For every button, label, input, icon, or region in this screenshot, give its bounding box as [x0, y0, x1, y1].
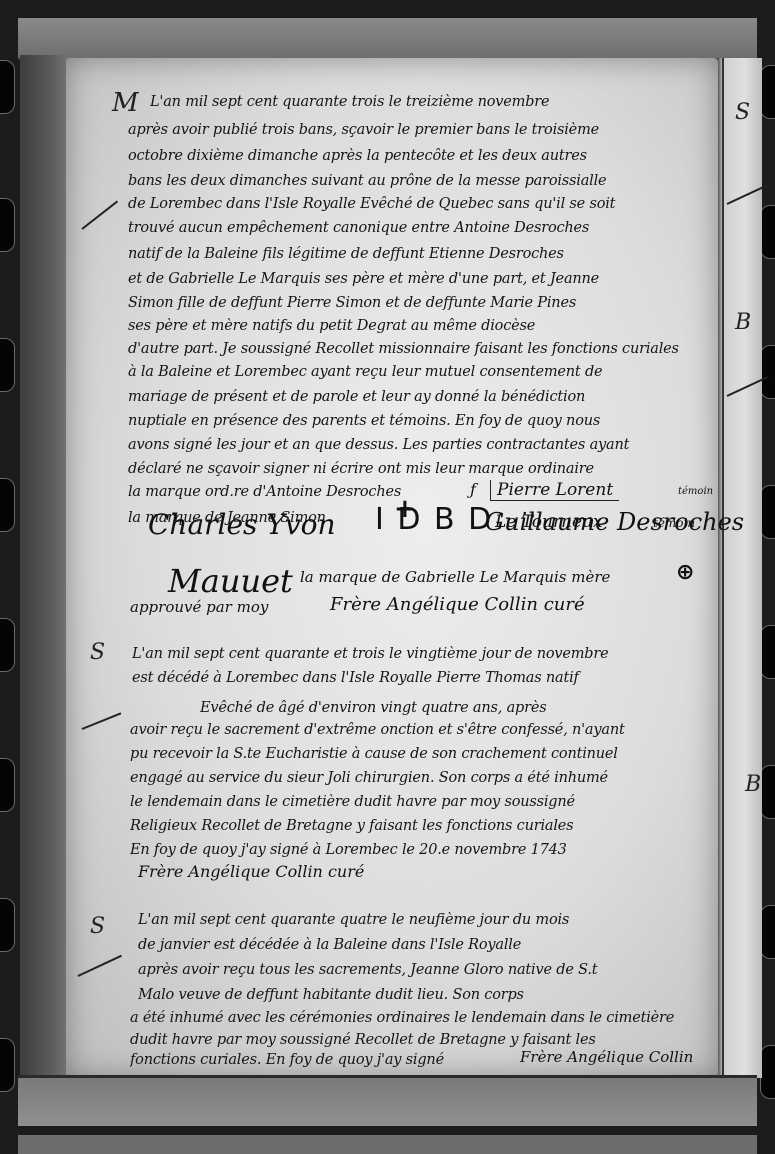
margin-mark-marriage: M: [112, 88, 139, 118]
facing-margin-mark: B: [735, 310, 751, 335]
facing-page-edge: [718, 58, 762, 1078]
text-line: après avoir publié trois bans, sçavoir l…: [128, 122, 713, 138]
sprocket-hole: [0, 758, 15, 812]
priest-signature: Frère Angélique Collin curé: [138, 862, 364, 881]
sprocket-hole: [0, 478, 15, 532]
text-line: à la Baleine et Lorembec ayant reçu leur…: [128, 364, 713, 380]
text-line: octobre dixième dimanche après la pentec…: [128, 148, 713, 164]
next-frame-strip: [18, 1135, 757, 1154]
frame-bottom-edge: [18, 1075, 757, 1126]
text-line: avons signé les jour et an que dessus. L…: [128, 437, 713, 453]
cross-mark-icon: ⊕: [676, 560, 694, 585]
text-line: L'an mil sept cent quarante et trois le …: [132, 646, 717, 662]
signature-witness: Mauuet: [168, 562, 293, 600]
sprocket-hole: [760, 205, 775, 259]
priest-signature: Frère Angélique Collin: [520, 1048, 693, 1066]
frame-top-edge: [18, 18, 757, 60]
text-line: mariage de présent et de parole et leur …: [128, 389, 713, 405]
sprocket-hole: [0, 338, 15, 392]
text-line: d'autre part. Je soussigné Recollet miss…: [128, 341, 713, 357]
sprocket-hole: [0, 618, 15, 672]
book-binding: [20, 55, 70, 1075]
text-line: En foy de quoy j'ay signé à Lorembec le …: [130, 842, 715, 858]
facing-margin-mark: S: [735, 100, 750, 125]
text-line: avoir reçu le sacrement d'extrême onctio…: [130, 722, 715, 738]
text-line: Simon fille de deffunt Pierre Simon et d…: [128, 295, 713, 311]
sprocket-hole: [0, 898, 15, 952]
text-line: engagé au service du sieur Joli chirurgi…: [130, 770, 715, 786]
sprocket-hole: [760, 485, 775, 539]
priest-signature: Frère Angélique Collin curé: [330, 594, 585, 615]
witness-role: témoin: [678, 486, 713, 497]
sprocket-hole: [760, 65, 775, 119]
text-line: L'an mil sept cent quarante trois le tre…: [150, 94, 710, 110]
sprocket-hole: [760, 765, 775, 819]
sprocket-hole: [0, 60, 15, 114]
sprocket-hole: [760, 345, 775, 399]
text-line: est décédé à Lorembec dans l'Isle Royall…: [132, 670, 717, 686]
text-line: Malo veuve de deffunt habitante dudit li…: [138, 987, 723, 1003]
text-line: de janvier est décédée à la Baleine dans…: [138, 937, 723, 953]
text-line: nuptiale en présence des parents et témo…: [128, 413, 713, 429]
text-line: dudit havre par moy soussigné Recollet d…: [130, 1032, 715, 1048]
text-line: Religieux Recollet de Bretagne y faisant…: [130, 818, 715, 834]
text-line: Evêché de âgé d'environ vingt quatre ans…: [200, 700, 710, 716]
text-line: pu recevoir la S.te Eucharistie à cause …: [130, 746, 715, 762]
text-line: L'an mil sept cent quarante quatre le ne…: [138, 912, 723, 928]
sprocket-hole: [760, 1045, 775, 1099]
text-line: déclaré ne sçavoir signer ni écrire ont …: [128, 461, 713, 477]
text-line: bans les deux dimanches suivant au prône…: [128, 173, 713, 189]
sprocket-hole: [760, 625, 775, 679]
text-line: trouvé aucun empêchement canonique entre…: [128, 220, 713, 236]
text-line: natif de la Baleine fils légitime de def…: [128, 246, 713, 262]
facing-margin-mark: B: [745, 772, 761, 797]
approval-text: approuvé par moy: [130, 598, 268, 616]
text-line: le lendemain dans le cimetière dudit hav…: [130, 794, 715, 810]
text-line: de Lorembec dans l'Isle Royalle Evêché d…: [128, 196, 713, 212]
text-line: ses père et mère natifs du petit Degrat …: [128, 318, 713, 334]
margin-mark-burial: S: [90, 914, 105, 939]
margin-mark-burial: S: [90, 640, 105, 665]
signature-witness: Charles Yvon: [148, 508, 336, 541]
sprocket-hole: [0, 1038, 15, 1092]
signature-initials: I D B D: [375, 502, 493, 537]
text-line: fonctions curiales. En foy de quoy j'ay …: [130, 1052, 510, 1068]
signature-witness: Guillaume Desroches: [485, 508, 744, 536]
text-line: a été inhumé avec les cérémonies ordinai…: [130, 1010, 715, 1026]
signature-witness: Pierre Lorent: [490, 480, 619, 501]
text-line: la marque ord.re d'Antoine Desroches: [128, 484, 468, 500]
mark-symbol: ƒ: [470, 480, 476, 499]
text-line: après avoir reçu tous les sacrements, Je…: [138, 962, 723, 978]
text-line: et de Gabrielle Le Marquis ses père et m…: [128, 271, 713, 287]
sprocket-hole: [760, 905, 775, 959]
sprocket-hole: [0, 198, 15, 252]
mother-mark-text: la marque de Gabrielle Le Marquis mère: [300, 568, 610, 586]
